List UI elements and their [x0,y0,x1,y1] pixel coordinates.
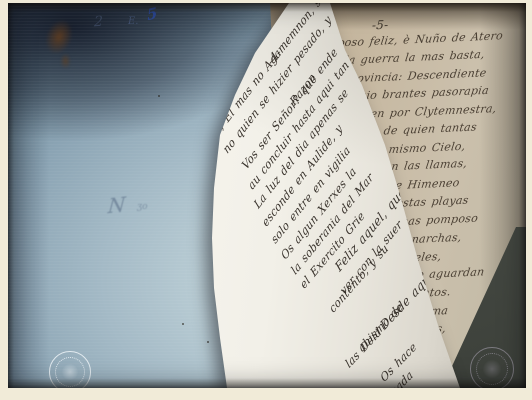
curled-page-wrapper: -4- S; El mas no Agamemnon, suno quien s… [8,3,526,388]
manuscript-photograph: -5- uy, Esposo feliz, è Nuño de Ateroleu… [8,3,526,388]
photo-frame: -5- uy, Esposo feliz, è Nuño de Ateroleu… [0,0,532,400]
manuscript-line: las Deid [343,325,384,371]
curled-manuscript-page: -4- S; El mas no Agamemnon, suno quien s… [8,3,526,388]
